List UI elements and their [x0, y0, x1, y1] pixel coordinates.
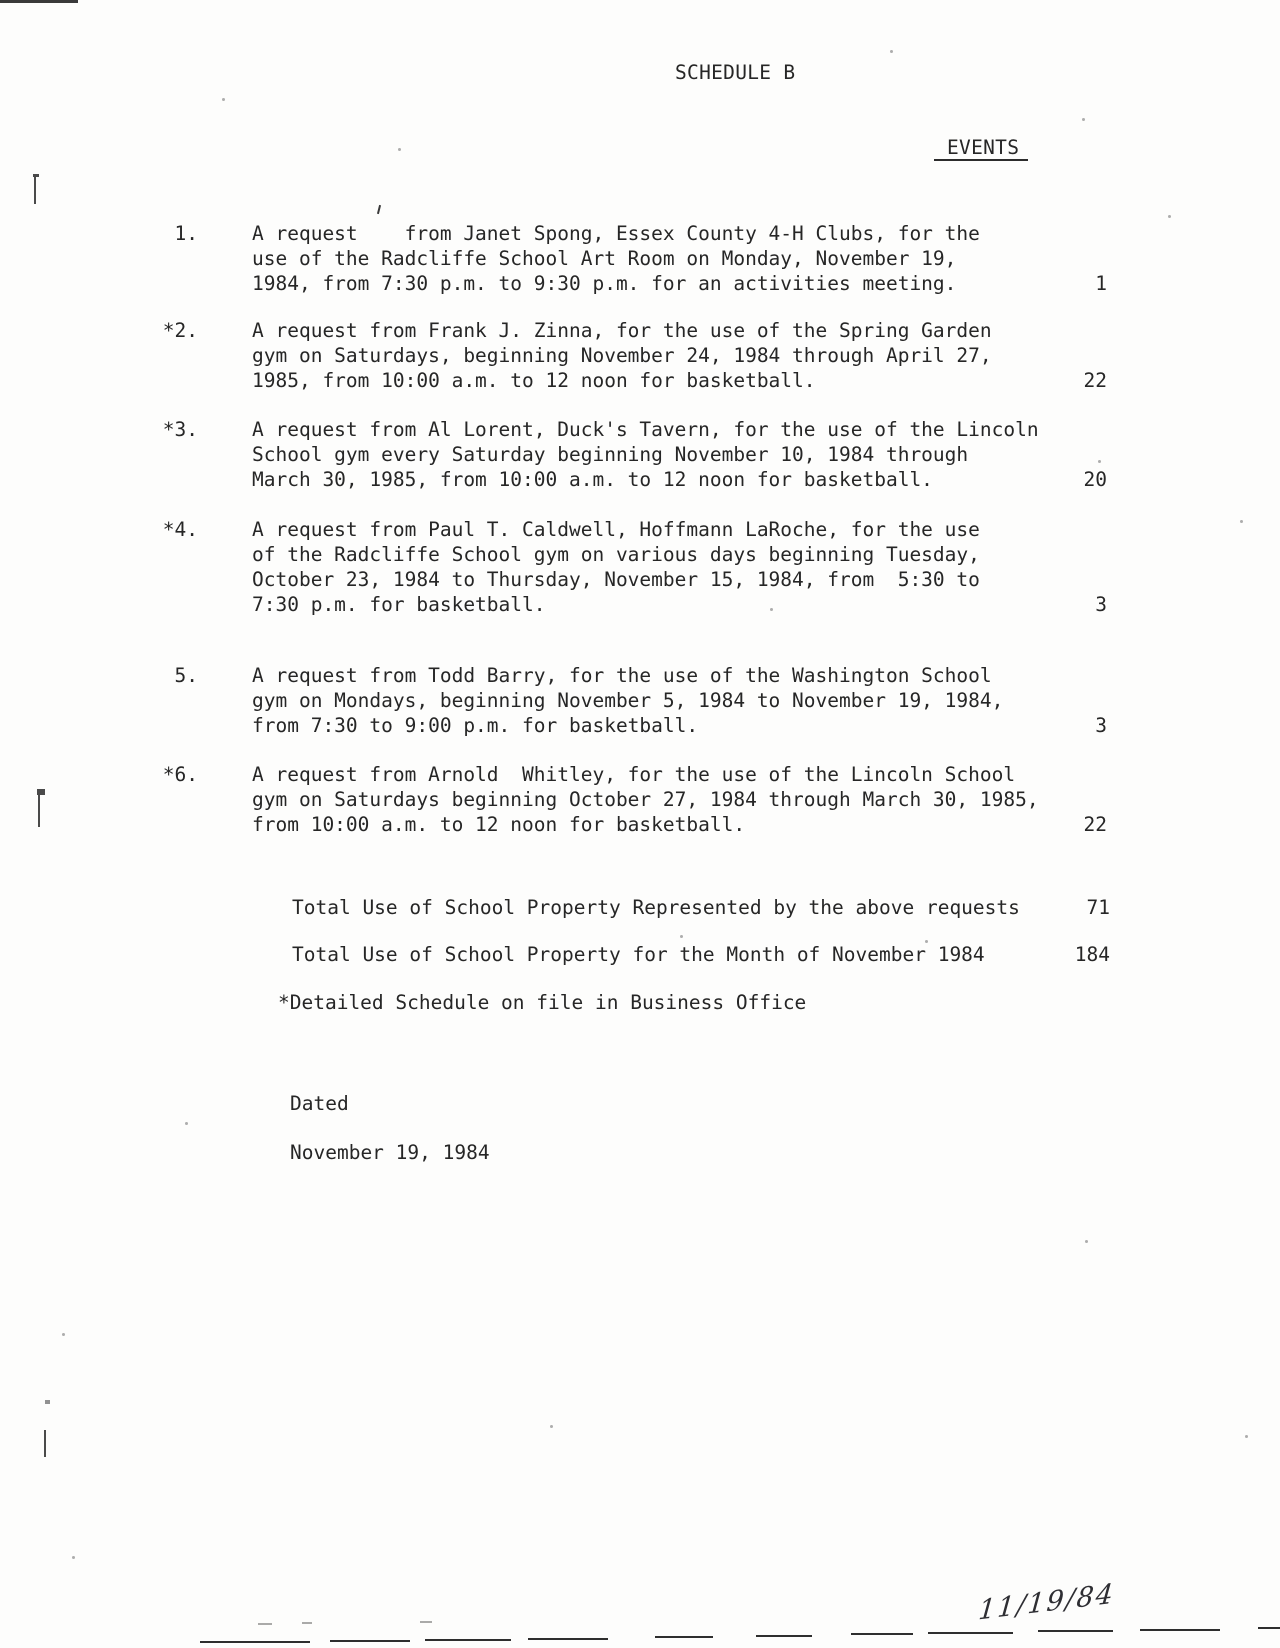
request-line: A request from Paul T. Caldwell, Hoffman…	[252, 517, 980, 542]
scan-speck	[72, 1556, 75, 1559]
item-count: 22	[1030, 368, 1107, 393]
request-line: A request from Frank J. Zinna, for the u…	[252, 318, 992, 343]
scan-speck	[1085, 1240, 1088, 1243]
edge-dash	[1038, 1630, 1113, 1632]
total-requests-value: 71	[1030, 895, 1110, 920]
item-count: 22	[1030, 812, 1107, 837]
edge-dash	[200, 1641, 310, 1643]
scan-speck	[62, 1333, 65, 1336]
scan-speck	[1098, 460, 1101, 463]
edge-dash	[528, 1638, 608, 1640]
scan-artifact-left-mark	[34, 176, 36, 204]
scan-speck	[1245, 1435, 1248, 1438]
scan-speck	[1168, 215, 1171, 218]
edge-dash	[851, 1633, 913, 1635]
item-number: *2.	[140, 318, 198, 343]
request-line: School gym every Saturday beginning Nove…	[252, 442, 1039, 467]
edge-dash	[928, 1632, 1013, 1634]
edge-dash	[302, 1622, 312, 1624]
scan-speck	[1082, 118, 1085, 121]
request-line: 1984, from 7:30 p.m. to 9:30 p.m. for an…	[252, 271, 980, 296]
request-line: use of the Radcliffe School Art Room on …	[252, 246, 980, 271]
totals-rule	[0, 0, 78, 3]
scan-artifact-dots	[45, 1400, 50, 1404]
scan-speck	[185, 1122, 188, 1125]
scanned-document-page: SCHEDULE B EVENTS 1. A request from Jane…	[0, 0, 1280, 1648]
request-line: A request from Todd Barry, for the use o…	[252, 663, 1003, 688]
scan-speck	[925, 940, 928, 943]
scan-artifact-left-mark	[44, 1430, 46, 1457]
edge-dash	[1258, 1627, 1280, 1629]
scan-speck	[680, 935, 683, 938]
item-number: 1.	[140, 221, 198, 246]
request-line: 7:30 p.m. for basketball.	[252, 592, 980, 617]
edge-dash	[655, 1636, 713, 1638]
scan-artifact-tick	[377, 205, 381, 214]
item-count: 20	[1030, 467, 1107, 492]
document-title: SCHEDULE B	[675, 60, 795, 85]
request-line: A request from Janet Spong, Essex County…	[252, 221, 980, 246]
edge-dash	[1140, 1629, 1220, 1631]
edge-dash	[425, 1639, 511, 1641]
edge-dash	[330, 1640, 410, 1642]
scan-speck	[222, 98, 225, 101]
edge-dash	[258, 1623, 272, 1625]
total-requests-label: Total Use of School Property Represented…	[292, 895, 1020, 920]
request-line: A request from Al Lorent, Duck's Tavern,…	[252, 417, 1039, 442]
request-line: A request from Arnold Whitley, for the u…	[252, 762, 1039, 787]
item-number: *4.	[140, 517, 198, 542]
request-line: gym on Mondays, beginning November 5, 19…	[252, 688, 1003, 713]
edge-dash	[756, 1635, 812, 1637]
item-number: *3.	[140, 417, 198, 442]
request-line: March 30, 1985, from 10:00 a.m. to 12 no…	[252, 467, 1039, 492]
scan-speck	[770, 608, 773, 611]
item-number: 5.	[140, 663, 198, 688]
scan-artifact-left-mark	[33, 174, 39, 177]
request-line: 1985, from 10:00 a.m. to 12 noon for bas…	[252, 368, 992, 393]
request-line: October 23, 1984 to Thursday, November 1…	[252, 567, 980, 592]
events-underline	[934, 159, 1028, 161]
item-number: *6.	[140, 762, 198, 787]
request-line: of the Radcliffe School gym on various d…	[252, 542, 980, 567]
request-line: from 10:00 a.m. to 12 noon for basketbal…	[252, 812, 1039, 837]
item-count: 3	[1030, 592, 1107, 617]
scan-speck	[1240, 520, 1243, 523]
scan-speck	[550, 1425, 553, 1428]
scan-artifact-left-mark	[37, 789, 45, 795]
scan-speck	[398, 148, 401, 151]
section-heading-events: EVENTS	[947, 135, 1019, 160]
handwritten-date: 11/19/84	[977, 1581, 1115, 1623]
scan-artifact-left-mark	[38, 795, 40, 827]
footnote: *Detailed Schedule on file in Business O…	[278, 990, 806, 1015]
total-month-value: 184	[1030, 942, 1110, 967]
dated-value: November 19, 1984	[290, 1140, 490, 1165]
item-count: 3	[1030, 713, 1107, 738]
request-line: gym on Saturdays beginning October 27, 1…	[252, 787, 1039, 812]
scan-speck	[890, 50, 893, 53]
item-count: 1	[1030, 271, 1107, 296]
request-line: from 7:30 to 9:00 p.m. for basketball.	[252, 713, 1003, 738]
total-month-label: Total Use of School Property for the Mon…	[292, 942, 985, 967]
edge-dash	[420, 1621, 432, 1623]
request-line: gym on Saturdays, beginning November 24,…	[252, 343, 992, 368]
dated-label: Dated	[290, 1091, 349, 1116]
